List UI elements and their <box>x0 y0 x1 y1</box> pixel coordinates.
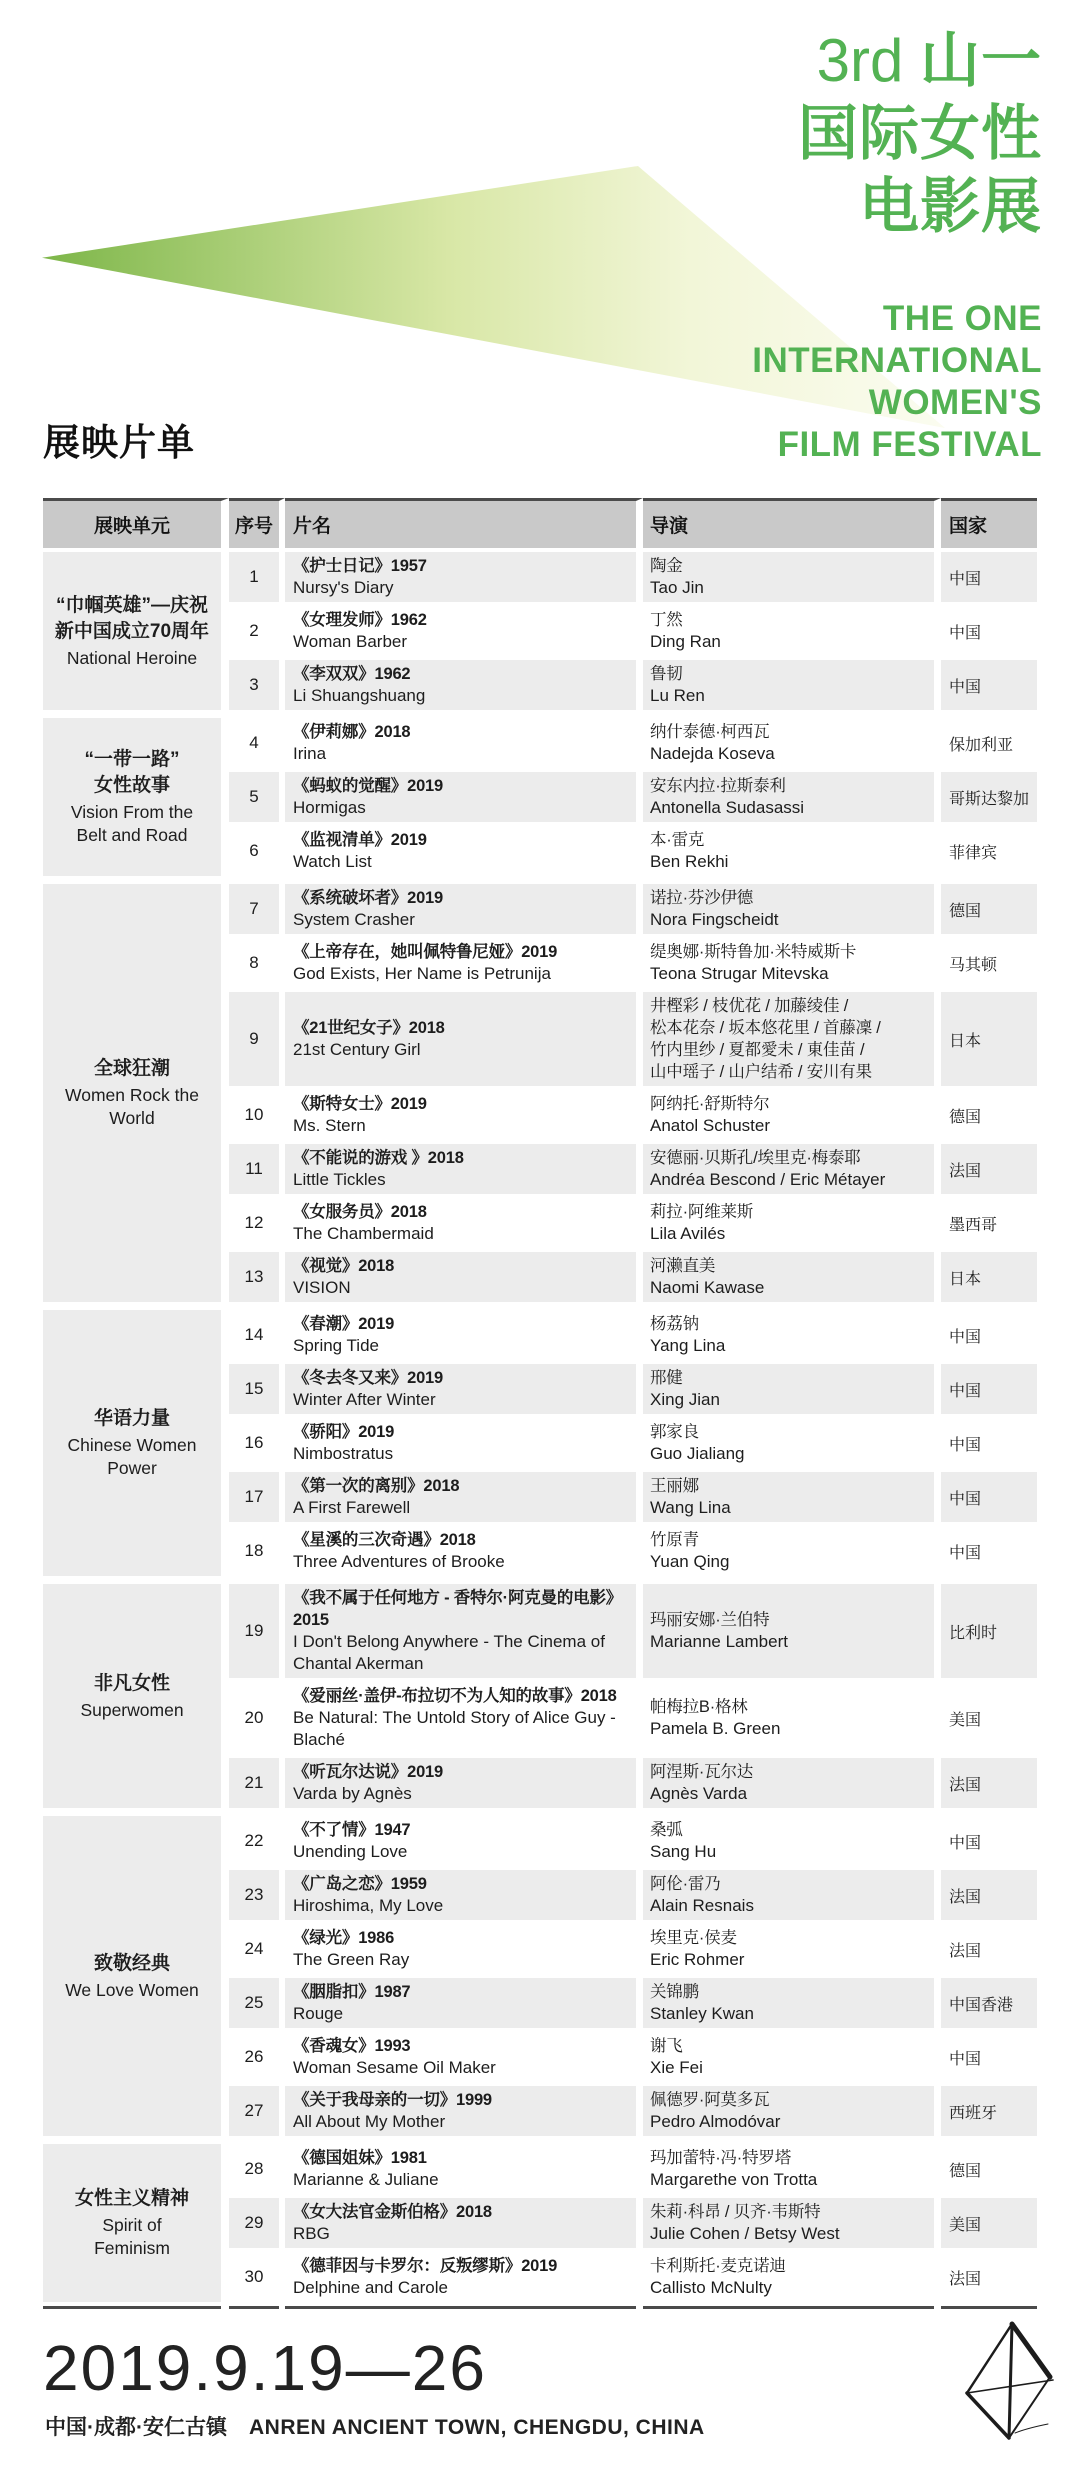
film-title-cell: 《春潮》2019Spring Tide <box>285 1310 643 1364</box>
table-row: “一带一路” 女性故事Vision From the Belt and Road… <box>43 718 1037 772</box>
column-header-country: 国家 <box>941 498 1037 552</box>
unit-name-cn: 女性主义精神 <box>51 2186 213 2212</box>
film-title-cell: 《关于我母亲的一切》1999All About My Mother <box>285 2086 643 2140</box>
row-number: 12 <box>229 1198 285 1252</box>
film-title-cell: 《不了情》1947Unending Love <box>285 1816 643 1870</box>
film-title-cell: 《视觉》2018VISION <box>285 1252 643 1306</box>
film-title-cell: 《绿光》1986The Green Ray <box>285 1924 643 1978</box>
film-title-en: Spring Tide <box>293 1335 628 1357</box>
country-cell: 马其顿 <box>941 938 1037 992</box>
film-title-cn: 《上帝存在，她叫佩特鲁尼娅》2019 <box>293 941 628 963</box>
director-cn: 安德丽·贝斯孔/埃里克·梅泰耶 <box>650 1147 926 1169</box>
unit-cell: “巾帼英雄”—庆祝 新中国成立70周年National Heroine <box>43 552 229 714</box>
director-cn: 竹原青 <box>650 1529 926 1551</box>
film-title-cn: 《骄阳》2019 <box>293 1421 628 1443</box>
director-cell: 杨荔钠Yang Lina <box>643 1310 941 1364</box>
country-cell: 墨西哥 <box>941 1198 1037 1252</box>
director-cn: 桑弧 <box>650 1819 926 1841</box>
director-cn: 埃里克·侯麦 <box>650 1927 926 1949</box>
unit-name-en: Vision From the Belt and Road <box>51 801 213 847</box>
country-cell: 中国 <box>941 660 1037 714</box>
film-title-cell: 《冬去冬又来》2019Winter After Winter <box>285 1364 643 1418</box>
row-number: 20 <box>229 1682 285 1758</box>
row-number: 5 <box>229 772 285 826</box>
director-en: Alain Resnais <box>650 1895 926 1917</box>
film-title-cell: 《我不属于任何地方 - 香特尔·阿克曼的电影》 2015I Don't Belo… <box>285 1584 643 1682</box>
table-row: 华语力量Chinese Women Power14《春潮》2019Spring … <box>43 1310 1037 1364</box>
country-cell: 中国 <box>941 1472 1037 1526</box>
tetrahedron-mountain-logo <box>960 2317 1060 2449</box>
director-cn: 井樫彩 / 枝优花 / 加藤绫佳 / 松本花奈 / 坂本悠花里 / 首藤凜 / … <box>650 995 926 1083</box>
director-en: Ding Ran <box>650 631 926 653</box>
director-en: Margarethe von Trotta <box>650 2169 926 2191</box>
column-header-unit: 展映单元 <box>43 498 229 552</box>
row-number: 1 <box>229 552 285 606</box>
director-en: Naomi Kawase <box>650 1277 926 1299</box>
unit-cell: 全球狂潮Women Rock the World <box>43 884 229 1306</box>
director-cn: 纳什泰德·柯西瓦 <box>650 721 926 743</box>
director-cn: 缇奥娜·斯特鲁加·米特威斯卡 <box>650 941 926 963</box>
festival-dates: 2019.9.19—26 <box>43 2331 487 2405</box>
country-cell: 中国 <box>941 1364 1037 1418</box>
film-title-en: The Chambermaid <box>293 1223 628 1245</box>
row-number: 14 <box>229 1310 285 1364</box>
festival-title-en: THE ONE INTERNATIONAL WOMEN'S FILM FESTI… <box>752 298 1042 466</box>
unit-name-en: We Love Women <box>51 1979 213 2002</box>
column-header-director: 导演 <box>643 498 941 552</box>
festival-title-cn-line2: 国际女性 <box>798 97 1042 170</box>
film-title-cell: 《李双双》1962Li Shuangshuang <box>285 660 643 714</box>
row-number: 30 <box>229 2252 285 2306</box>
row-number: 9 <box>229 992 285 1090</box>
country-cell: 中国香港 <box>941 1978 1037 2032</box>
director-cn: 玛丽安娜·兰伯特 <box>650 1609 926 1631</box>
festival-title-en-line: INTERNATIONAL <box>752 340 1042 382</box>
film-title-cell: 《第一次的离别》2018A First Farewell <box>285 1472 643 1526</box>
film-title-cell: 《德国姐妹》1981Marianne & Juliane <box>285 2144 643 2198</box>
row-number: 26 <box>229 2032 285 2086</box>
country-cell: 保加利亚 <box>941 718 1037 772</box>
director-en: Pamela B. Green <box>650 1718 926 1740</box>
unit-name-en: Spirit of Feminism <box>51 2214 213 2260</box>
film-title-en: 21st Century Girl <box>293 1039 628 1061</box>
film-title-cn: 《不了情》1947 <box>293 1819 628 1841</box>
country-cell: 法国 <box>941 1144 1037 1198</box>
director-cn: 陶金 <box>650 555 926 577</box>
table-header-row: 展映单元 序号 片名 导演 国家 <box>43 498 1037 552</box>
director-en: Antonella Sudasassi <box>650 797 926 819</box>
film-title-cn: 《听瓦尔达说》2019 <box>293 1761 628 1783</box>
director-cn: 安东内拉·拉斯泰利 <box>650 775 926 797</box>
director-cn: 阿伦·雷乃 <box>650 1873 926 1895</box>
country-cell: 中国 <box>941 1816 1037 1870</box>
film-title-cn: 《女服务员》2018 <box>293 1201 628 1223</box>
director-cell: 桑弧Sang Hu <box>643 1816 941 1870</box>
row-number: 25 <box>229 1978 285 2032</box>
director-cell: 阿伦·雷乃Alain Resnais <box>643 1870 941 1924</box>
film-title-cell: 《不能说的游戏 》2018Little Tickles <box>285 1144 643 1198</box>
director-en: Julie Cohen / Betsy West <box>650 2223 926 2245</box>
film-title-en: Be Natural: The Untold Story of Alice Gu… <box>293 1707 628 1751</box>
film-title-cn: 《伊莉娜》2018 <box>293 721 628 743</box>
film-title-cn: 《绿光》1986 <box>293 1927 628 1949</box>
director-cell: 鲁韧Lu Ren <box>643 660 941 714</box>
column-header-title: 片名 <box>285 498 643 552</box>
poster-header: 3rd 山一 国际女性 电影展 THE ONE INTERNATIONAL WO… <box>0 0 1080 498</box>
unit-cell: 非凡女性Superwomen <box>43 1584 229 1812</box>
country-cell: 法国 <box>941 2252 1037 2306</box>
film-title-en: Nimbostratus <box>293 1443 628 1465</box>
director-cell: 邢健Xing Jian <box>643 1364 941 1418</box>
country-cell: 西班牙 <box>941 2086 1037 2140</box>
film-title-cell: 《21世纪女子》201821st Century Girl <box>285 992 643 1090</box>
film-title-en: VISION <box>293 1277 628 1299</box>
country-cell: 德国 <box>941 1090 1037 1144</box>
film-title-cn: 《德国姐妹》1981 <box>293 2147 628 2169</box>
film-title-en: I Don't Belong Anywhere - The Cinema of … <box>293 1631 628 1675</box>
film-title-cn: 《广岛之恋》1959 <box>293 1873 628 1895</box>
director-cell: 河濑直美Naomi Kawase <box>643 1252 941 1306</box>
unit-name-cn: “巾帼英雄”—庆祝 新中国成立70周年 <box>51 593 213 645</box>
director-en: Teona Strugar Mitevska <box>650 963 926 985</box>
film-title-cn: 《21世纪女子》2018 <box>293 1017 628 1039</box>
film-title-en: Hiroshima, My Love <box>293 1895 628 1917</box>
film-title-en: God Exists, Her Name is Petrunija <box>293 963 628 985</box>
unit-name-en: Women Rock the World <box>51 1084 213 1130</box>
film-title-cell: 《听瓦尔达说》2019Varda by Agnès <box>285 1758 643 1812</box>
film-title-cn: 《爱丽丝·盖伊-布拉切不为人知的故事》2018 <box>293 1685 628 1707</box>
film-title-en: The Green Ray <box>293 1949 628 1971</box>
row-number: 10 <box>229 1090 285 1144</box>
country-cell: 美国 <box>941 1682 1037 1758</box>
film-title-en: All About My Mother <box>293 2111 628 2133</box>
country-cell: 比利时 <box>941 1584 1037 1682</box>
festival-title-cn: 3rd 山一 国际女性 电影展 <box>798 24 1042 243</box>
row-number: 6 <box>229 826 285 880</box>
country-cell: 日本 <box>941 992 1037 1090</box>
film-title-en: RBG <box>293 2223 628 2245</box>
director-cell: 阿涅斯·瓦尔达Agnès Varda <box>643 1758 941 1812</box>
page-title: 展映片单 <box>43 412 195 466</box>
film-title-cn: 《第一次的离别》2018 <box>293 1475 628 1497</box>
film-title-en: System Crasher <box>293 909 628 931</box>
director-cn: 玛加蕾特·冯·特罗塔 <box>650 2147 926 2169</box>
director-cn: 本·雷克 <box>650 829 926 851</box>
country-cell: 中国 <box>941 552 1037 606</box>
unit-name-en: Superwomen <box>51 1699 213 1722</box>
film-title-en: Marianne & Juliane <box>293 2169 628 2191</box>
edition-number: 3rd <box>817 27 920 94</box>
film-title-cn: 《女大法官金斯伯格》2018 <box>293 2201 628 2223</box>
film-title-cn: 《胭脂扣》1987 <box>293 1981 628 2003</box>
director-cell: 莉拉·阿维莱斯Lila Avilés <box>643 1198 941 1252</box>
director-cell: 埃里克·侯麦Eric Rohmer <box>643 1924 941 1978</box>
film-title-cell: 《蚂蚁的觉醒》2019Hormigas <box>285 772 643 826</box>
location-cn: 中国·成都·安仁古镇 <box>45 2416 227 2439</box>
film-title-cn: 《不能说的游戏 》2018 <box>293 1147 628 1169</box>
row-number: 3 <box>229 660 285 714</box>
director-en: Stanley Kwan <box>650 2003 926 2025</box>
country-cell: 中国 <box>941 1418 1037 1472</box>
film-title-cell: 《骄阳》2019Nimbostratus <box>285 1418 643 1472</box>
director-cn: 莉拉·阿维莱斯 <box>650 1201 926 1223</box>
director-en: Guo Jialiang <box>650 1443 926 1465</box>
row-number: 28 <box>229 2144 285 2198</box>
table-row: 女性主义精神Spirit of Feminism28《德国姐妹》1981Mari… <box>43 2144 1037 2198</box>
director-en: Yang Lina <box>650 1335 926 1357</box>
row-number: 15 <box>229 1364 285 1418</box>
film-title-en: Little Tickles <box>293 1169 628 1191</box>
director-cell: 玛丽安娜·兰伯特Marianne Lambert <box>643 1584 941 1682</box>
row-number: 23 <box>229 1870 285 1924</box>
film-title-en: A First Farewell <box>293 1497 628 1519</box>
director-cell: 帕梅拉B·格林Pamela B. Green <box>643 1682 941 1758</box>
director-cn: 朱莉·科昂 / 贝齐·韦斯特 <box>650 2201 926 2223</box>
director-cn: 郭家良 <box>650 1421 926 1443</box>
film-title-cell: 《胭脂扣》1987Rouge <box>285 1978 643 2032</box>
film-title-cn: 《春潮》2019 <box>293 1313 628 1335</box>
country-cell: 法国 <box>941 1924 1037 1978</box>
country-cell: 德国 <box>941 884 1037 938</box>
director-en: Marianne Lambert <box>650 1631 926 1653</box>
location-en: ANREN ANCIENT TOWN, CHENGDU, CHINA <box>249 2416 705 2439</box>
director-en: Xing Jian <box>650 1389 926 1411</box>
unit-name-cn: 致敬经典 <box>51 1951 213 1977</box>
director-cn: 佩德罗·阿莫多瓦 <box>650 2089 926 2111</box>
unit-name-cn: 华语力量 <box>51 1406 213 1432</box>
country-cell: 哥斯达黎加 <box>941 772 1037 826</box>
film-title-cn: 《视觉》2018 <box>293 1255 628 1277</box>
director-en: Callisto McNulty <box>650 2277 926 2299</box>
director-en: Xie Fei <box>650 2057 926 2079</box>
film-title-cn: 《护士日记》1957 <box>293 555 628 577</box>
director-cell: 佩德罗·阿莫多瓦Pedro Almodóvar <box>643 2086 941 2140</box>
row-number: 19 <box>229 1584 285 1682</box>
director-cell: 玛加蕾特·冯·特罗塔Margarethe von Trotta <box>643 2144 941 2198</box>
film-table-body: “巾帼英雄”—庆祝 新中国成立70周年National Heroine1《护士日… <box>43 552 1037 2309</box>
director-en: Anatol Schuster <box>650 1115 926 1137</box>
director-cn: 谢飞 <box>650 2035 926 2057</box>
row-number: 27 <box>229 2086 285 2140</box>
country-cell: 日本 <box>941 1252 1037 1306</box>
festival-name-cn: 山一 <box>920 27 1042 94</box>
row-number: 16 <box>229 1418 285 1472</box>
row-number: 18 <box>229 1526 285 1580</box>
director-en: Lila Avilés <box>650 1223 926 1245</box>
film-title-cell: 《星溪的三次奇遇》2018Three Adventures of Brooke <box>285 1526 643 1580</box>
director-en: Yuan Qing <box>650 1551 926 1573</box>
film-title-cn: 《李双双》1962 <box>293 663 628 685</box>
director-cn: 帕梅拉B·格林 <box>650 1696 926 1718</box>
film-title-cell: 《德菲因与卡罗尔：反叛缪斯》2019Delphine and Carole <box>285 2252 643 2306</box>
film-title-cell: 《上帝存在，她叫佩特鲁尼娅》2019God Exists, Her Name i… <box>285 938 643 992</box>
director-cn: 阿涅斯·瓦尔达 <box>650 1761 926 1783</box>
director-cn: 杨荔钠 <box>650 1313 926 1335</box>
row-number: 4 <box>229 718 285 772</box>
director-cell: 安德丽·贝斯孔/埃里克·梅泰耶Andréa Bescond / Eric Mét… <box>643 1144 941 1198</box>
film-title-cell: 《女大法官金斯伯格》2018RBG <box>285 2198 643 2252</box>
film-title-en: Woman Sesame Oil Maker <box>293 2057 628 2079</box>
director-cell: 缇奥娜·斯特鲁加·米特威斯卡Teona Strugar Mitevska <box>643 938 941 992</box>
film-title-en: Nursy's Diary <box>293 577 628 599</box>
poster-footer: 2019.9.19—26 中国·成都·安仁古镇ANREN ANCIENT TOW… <box>0 2309 1080 2467</box>
country-cell: 法国 <box>941 1758 1037 1812</box>
director-cn: 阿纳托·舒斯特尔 <box>650 1093 926 1115</box>
film-title-cell: 《女服务员》2018The Chambermaid <box>285 1198 643 1252</box>
film-title-en: Three Adventures of Brooke <box>293 1551 628 1573</box>
director-cn: 河濑直美 <box>650 1255 926 1277</box>
row-number: 22 <box>229 1816 285 1870</box>
film-title-cn: 《蚂蚁的觉醒》2019 <box>293 775 628 797</box>
film-title-cell: 《爱丽丝·盖伊-布拉切不为人知的故事》2018Be Natural: The U… <box>285 1682 643 1758</box>
row-number: 17 <box>229 1472 285 1526</box>
director-cn: 关锦鹏 <box>650 1981 926 2003</box>
row-number: 29 <box>229 2198 285 2252</box>
director-en: Tao Jin <box>650 577 926 599</box>
director-cn: 鲁韧 <box>650 663 926 685</box>
film-list-table: 展映单元 序号 片名 导演 国家 “巾帼英雄”—庆祝 新中国成立70周年Nati… <box>43 498 1037 2309</box>
director-cn: 丁然 <box>650 609 926 631</box>
festival-title-en-line: FILM FESTIVAL <box>752 424 1042 466</box>
director-cell: 王丽娜Wang Lina <box>643 1472 941 1526</box>
row-number: 13 <box>229 1252 285 1306</box>
festival-title-cn-line3: 电影展 <box>798 170 1042 243</box>
director-cell: 井樫彩 / 枝优花 / 加藤绫佳 / 松本花奈 / 坂本悠花里 / 首藤凜 / … <box>643 992 941 1090</box>
film-title-cell: 《斯特女士》2019Ms. Stern <box>285 1090 643 1144</box>
director-en: Nora Fingscheidt <box>650 909 926 931</box>
table-row: 致敬经典We Love Women22《不了情》1947Unending Lov… <box>43 1816 1037 1870</box>
unit-name-en: Chinese Women Power <box>51 1434 213 1480</box>
film-title-cn: 《星溪的三次奇遇》2018 <box>293 1529 628 1551</box>
country-cell: 中国 <box>941 1310 1037 1364</box>
director-cell: 朱莉·科昂 / 贝齐·韦斯特Julie Cohen / Betsy West <box>643 2198 941 2252</box>
film-title-cn: 《香魂女》1993 <box>293 2035 628 2057</box>
table-row: 全球狂潮Women Rock the World7《系统破坏者》2019Syst… <box>43 884 1037 938</box>
director-cn: 邢健 <box>650 1367 926 1389</box>
film-title-en: Ms. Stern <box>293 1115 628 1137</box>
table-row: “巾帼英雄”—庆祝 新中国成立70周年National Heroine1《护士日… <box>43 552 1037 606</box>
director-cell: 陶金Tao Jin <box>643 552 941 606</box>
festival-title-en-line: WOMEN'S <box>752 382 1042 424</box>
director-cell: 丁然Ding Ran <box>643 606 941 660</box>
director-cell: 本·雷克Ben Rekhi <box>643 826 941 880</box>
row-number: 7 <box>229 884 285 938</box>
film-title-cell: 《香魂女》1993Woman Sesame Oil Maker <box>285 2032 643 2086</box>
director-cell: 谢飞Xie Fei <box>643 2032 941 2086</box>
director-en: Nadejda Koseva <box>650 743 926 765</box>
unit-name-en: National Heroine <box>51 647 213 670</box>
director-cell: 阿纳托·舒斯特尔Anatol Schuster <box>643 1090 941 1144</box>
film-title-cn: 《斯特女士》2019 <box>293 1093 628 1115</box>
director-en: Ben Rekhi <box>650 851 926 873</box>
director-cn: 卡利斯托·麦克诺迪 <box>650 2255 926 2277</box>
unit-name-cn: 非凡女性 <box>51 1671 213 1697</box>
director-en: Wang Lina <box>650 1497 926 1519</box>
unit-cell: “一带一路” 女性故事Vision From the Belt and Road <box>43 718 229 880</box>
film-title-cn: 《女理发师》1962 <box>293 609 628 631</box>
film-title-en: Winter After Winter <box>293 1389 628 1411</box>
festival-title-cn-line1: 3rd 山一 <box>798 24 1042 97</box>
film-title-en: Li Shuangshuang <box>293 685 628 707</box>
director-en: Eric Rohmer <box>650 1949 926 1971</box>
film-title-en: Unending Love <box>293 1841 628 1863</box>
film-title-cn: 《我不属于任何地方 - 香特尔·阿克曼的电影》 2015 <box>293 1587 628 1631</box>
country-cell: 德国 <box>941 2144 1037 2198</box>
row-number: 11 <box>229 1144 285 1198</box>
unit-cell: 致敬经典We Love Women <box>43 1816 229 2140</box>
director-cell: 安东内拉·拉斯泰利Antonella Sudasassi <box>643 772 941 826</box>
country-cell: 中国 <box>941 606 1037 660</box>
row-number: 21 <box>229 1758 285 1812</box>
country-cell: 中国 <box>941 1526 1037 1580</box>
film-title-en: Delphine and Carole <box>293 2277 628 2299</box>
film-title-en: Varda by Agnès <box>293 1783 628 1805</box>
director-cell: 卡利斯托·麦克诺迪Callisto McNulty <box>643 2252 941 2306</box>
film-title-cn: 《德菲因与卡罗尔：反叛缪斯》2019 <box>293 2255 628 2277</box>
film-title-cell: 《护士日记》1957Nursy's Diary <box>285 552 643 606</box>
column-header-number: 序号 <box>229 498 285 552</box>
film-title-en: Woman Barber <box>293 631 628 653</box>
film-title-en: Rouge <box>293 2003 628 2025</box>
unit-cell: 女性主义精神Spirit of Feminism <box>43 2144 229 2306</box>
unit-name-cn: “一带一路” 女性故事 <box>51 747 213 799</box>
director-cell: 诺拉·芬沙伊德Nora Fingscheidt <box>643 884 941 938</box>
country-cell: 菲律宾 <box>941 826 1037 880</box>
row-number: 24 <box>229 1924 285 1978</box>
director-cell: 郭家良Guo Jialiang <box>643 1418 941 1472</box>
director-cn: 王丽娜 <box>650 1475 926 1497</box>
director-cn: 诺拉·芬沙伊德 <box>650 887 926 909</box>
film-title-cn: 《冬去冬又来》2019 <box>293 1367 628 1389</box>
unit-cell: 华语力量Chinese Women Power <box>43 1310 229 1580</box>
row-number: 2 <box>229 606 285 660</box>
film-title-en: Hormigas <box>293 797 628 819</box>
director-cell: 竹原青Yuan Qing <box>643 1526 941 1580</box>
director-cell: 纳什泰德·柯西瓦Nadejda Koseva <box>643 718 941 772</box>
film-title-cell: 《伊莉娜》2018Irina <box>285 718 643 772</box>
film-title-en: Irina <box>293 743 628 765</box>
director-cell: 关锦鹏Stanley Kwan <box>643 1978 941 2032</box>
director-en: Andréa Bescond / Eric Métayer <box>650 1169 926 1191</box>
festival-location: 中国·成都·安仁古镇ANREN ANCIENT TOWN, CHENGDU, C… <box>45 2411 705 2441</box>
country-cell: 中国 <box>941 2032 1037 2086</box>
film-title-en: Watch List <box>293 851 628 873</box>
country-cell: 美国 <box>941 2198 1037 2252</box>
director-en: Pedro Almodóvar <box>650 2111 926 2133</box>
film-title-cell: 《系统破坏者》2019System Crasher <box>285 884 643 938</box>
table-row: 非凡女性Superwomen19《我不属于任何地方 - 香特尔·阿克曼的电影》 … <box>43 1584 1037 1682</box>
film-title-cell: 《女理发师》1962Woman Barber <box>285 606 643 660</box>
director-en: Sang Hu <box>650 1841 926 1863</box>
film-title-cn: 《系统破坏者》2019 <box>293 887 628 909</box>
row-number: 8 <box>229 938 285 992</box>
director-en: Lu Ren <box>650 685 926 707</box>
film-title-cn: 《关于我母亲的一切》1999 <box>293 2089 628 2111</box>
festival-title-en-line: THE ONE <box>752 298 1042 340</box>
film-title-cell: 《监视清单》2019Watch List <box>285 826 643 880</box>
director-en: Agnès Varda <box>650 1783 926 1805</box>
film-title-cn: 《监视清单》2019 <box>293 829 628 851</box>
film-title-cell: 《广岛之恋》1959Hiroshima, My Love <box>285 1870 643 1924</box>
country-cell: 法国 <box>941 1870 1037 1924</box>
unit-name-cn: 全球狂潮 <box>51 1056 213 1082</box>
